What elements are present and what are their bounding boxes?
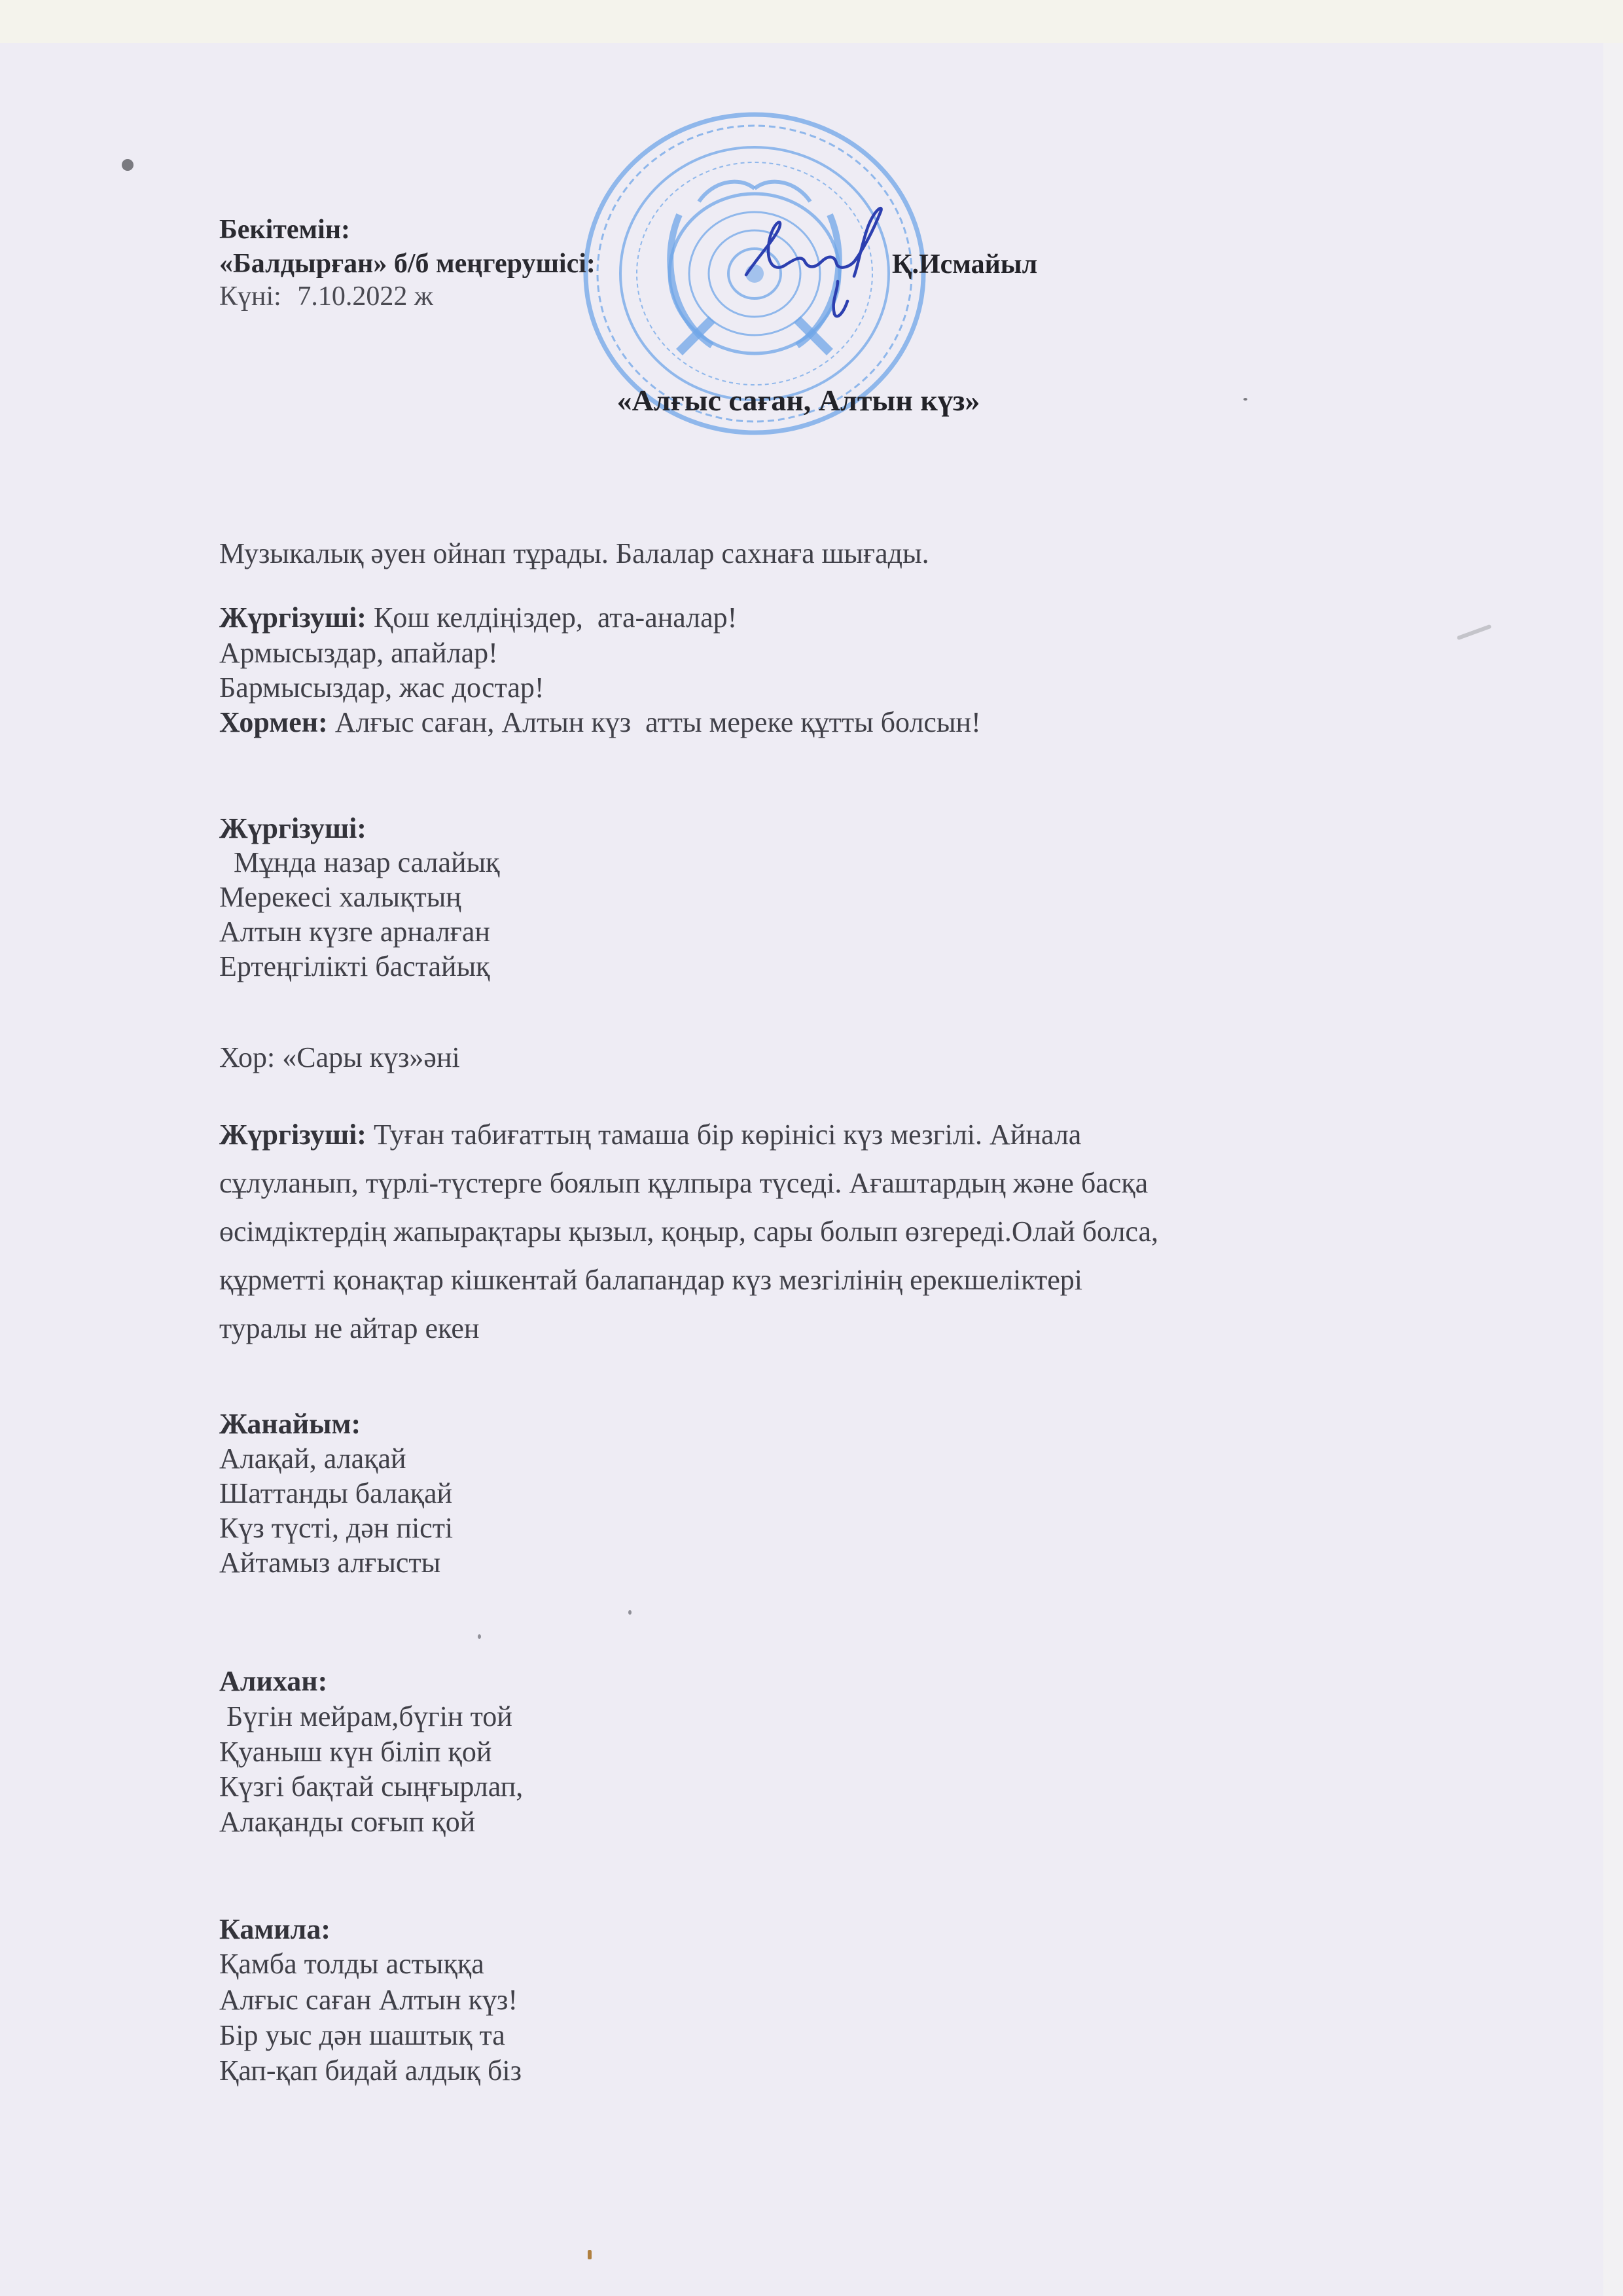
verse-line: Алақанды соғып қой: [219, 1805, 475, 1839]
speaker-label: Камила:: [219, 1913, 330, 1945]
document-title-text: «Алғыс саған, Алтын күз»: [617, 384, 980, 417]
verse-line: Алтын күзге арналған: [219, 915, 490, 949]
verse-line: Қамба толды астыққа: [219, 1947, 484, 1981]
verse-line: Бүгін мейрам,бүгін той: [219, 1700, 512, 1734]
verse-line: Күзгі бақтай сыңғырлап,: [219, 1770, 523, 1804]
approver-position: «Балдырған» б/б меңгерушісі:: [219, 247, 596, 280]
verse-line: Күз түсті, дән пісті: [219, 1511, 453, 1545]
approval-date: Күні: 7.10.2022 ж: [219, 280, 433, 313]
paragraph-line: құрметті қонақтар кішкентай балапандар к…: [219, 1263, 1082, 1297]
handwritten-signature-icon: [740, 203, 890, 327]
date-label: Күні:: [219, 281, 281, 312]
verse-line: Мерекесі халықтың: [219, 880, 461, 914]
speaker-label: Хормен:: [219, 706, 328, 738]
script-section-host-narrative: Жүргізуші: Туған табиғаттың тамаша бір к…: [219, 1118, 1081, 1152]
paragraph-line: туралы не айтар екен: [219, 1312, 479, 1346]
verse-line: Алғыс саған Алтын күз!: [219, 1983, 518, 2017]
verse-line: Қап-қап бидай алдық біз: [219, 2054, 522, 2088]
speaker-line: Туған табиғаттың тамаша бір көрінісі күз…: [366, 1119, 1081, 1151]
verse-line: Қуаныш күн біліп қой: [219, 1735, 491, 1769]
approver-name: Қ.Исмайыл: [892, 249, 1037, 280]
date-value: 7.10.2022 ж: [297, 281, 433, 312]
speaker-label: Жүргізуші:: [219, 812, 366, 844]
verse-line: Бармысыздар, жас достар!: [219, 671, 544, 705]
speaker-line: Қош келдіңіздер, ата-аналар!: [366, 601, 737, 634]
paragraph-line: өсімдіктердің жапырақтары қызыл, қоңыр, …: [219, 1215, 1158, 1249]
script-section-zhanaiym: Жанайым:: [219, 1407, 361, 1441]
verse-line: Айтамыз алғысты: [219, 1546, 440, 1580]
speaker-label: Алихан:: [219, 1665, 327, 1697]
speaker-label: Жанайым:: [219, 1408, 361, 1440]
script-section-choir-song: Хор: «Сары күз»әні: [219, 1041, 460, 1075]
approve-label: Бекітемін:: [219, 213, 350, 246]
verse-line: Бір уыс дән шаштық та: [219, 2018, 505, 2053]
document-title: «Алғыс саған, Алтын күз»: [0, 383, 1623, 418]
verse-line: Алақай, алақай: [219, 1442, 406, 1476]
script-section-host-poem: Жүргізуші:: [219, 812, 366, 846]
script-section-kamila: Камила:: [219, 1912, 330, 1946]
verse-line: Мұнда назар салайық: [219, 846, 500, 880]
paragraph-line: сұлуланып, түрлі-түстерге боялып құлпыра…: [219, 1166, 1148, 1200]
speaker-label: Жүргізуші:: [219, 601, 366, 634]
document-page: Бекітемін: «Балдырған» б/б меңгерушісі: …: [0, 0, 1623, 2296]
script-section-host-greeting: Жүргізуші: Қош келдіңіздер, ата-аналар!: [219, 601, 737, 635]
speaker-line: Алғыс саған, Алтын күз атты мереке құтты…: [328, 706, 981, 738]
verse-line: Шаттанды балақай: [219, 1477, 452, 1511]
speaker-label: Хор:: [219, 1041, 275, 1073]
verse-line: Ертеңгілікті бастайық: [219, 950, 490, 984]
script-section-alikhan: Алихан:: [219, 1664, 327, 1698]
verse-line: Армысыздар, апайлар!: [219, 636, 498, 670]
speaker-label: Жүргізуші:: [219, 1119, 366, 1151]
script-section-chorus: Хормен: Алғыс саған, Алтын күз атты мере…: [219, 706, 981, 740]
stage-direction-intro: Музыкалық әуен ойнап тұрады. Балалар сах…: [219, 537, 929, 571]
song-title: «Сары күз»әні: [275, 1041, 460, 1073]
